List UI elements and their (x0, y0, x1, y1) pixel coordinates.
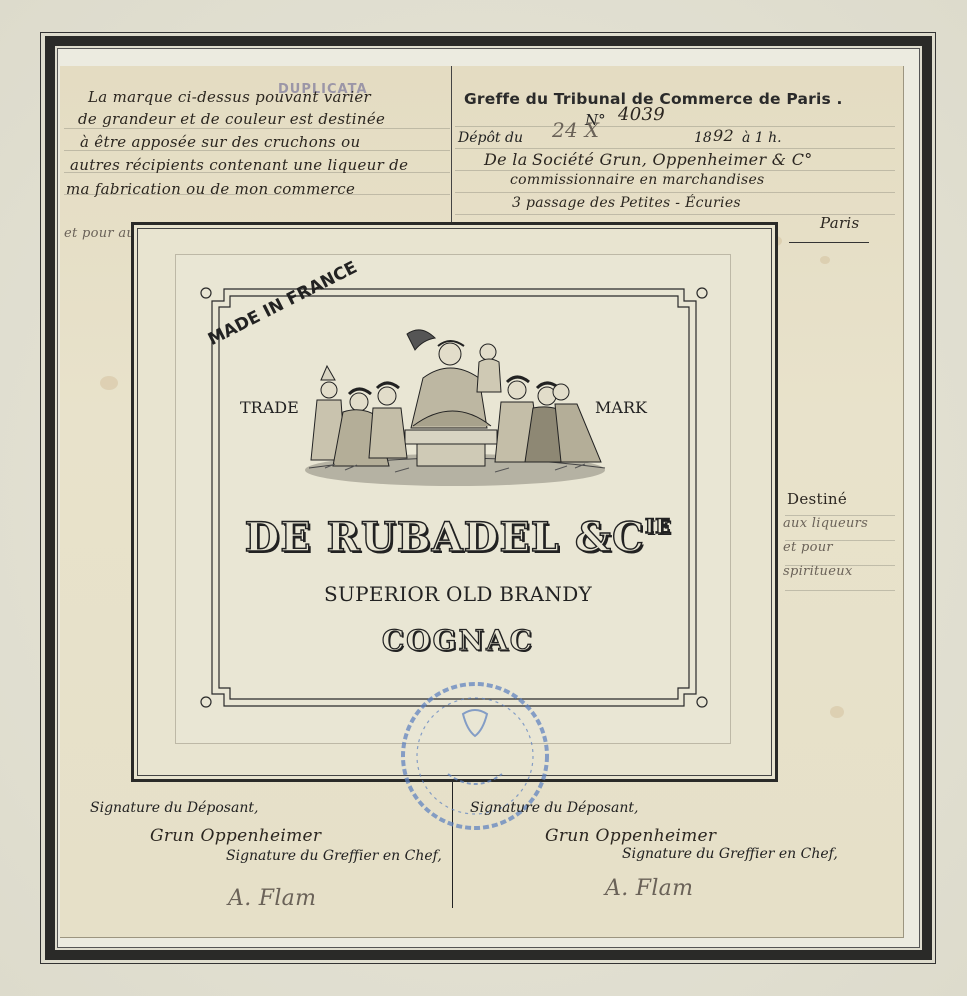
note-line-3: à être apposée sur des cruchons ou (80, 133, 360, 151)
right-note-line-2: et pour (783, 540, 833, 555)
column-divider (451, 66, 452, 226)
right-depositor-signature: Grun Oppenheimer (545, 826, 716, 846)
note-line-1: La marque ci-dessus pouvant varier (88, 88, 371, 106)
time-label: à 1 h. (742, 130, 782, 146)
year-suffix: 92 (713, 126, 734, 145)
right-clerk-signature: A. Flam (605, 876, 693, 901)
left-depositor-label: Signature du Déposant, (90, 800, 258, 816)
note-line-5: ma fabrication ou de mon commerce (66, 180, 355, 198)
left-clerk-label: Signature du Greffier en Chef, (226, 848, 442, 864)
depositor-occupation: commissionnaire en marchandises (510, 172, 765, 188)
note-line-4: autres récipients contenant une liqueur … (70, 156, 408, 174)
right-note-line-1: aux liqueurs (783, 516, 868, 531)
seated-figures-icon (295, 318, 615, 493)
city-underline (789, 242, 869, 243)
depositor-name: Société Grun, Oppenheimer & C° (532, 150, 813, 169)
ruled-line (455, 126, 895, 127)
right-note-line-3: spiritueux (783, 564, 853, 579)
registry-seal (388, 674, 563, 843)
company-suffix: IE (645, 514, 672, 538)
right-clerk-label: Signature du Greffier en Chef, (622, 846, 838, 862)
left-clerk-signature: A. Flam (228, 886, 316, 911)
ruled-line (455, 148, 895, 149)
engraving-illustration (295, 318, 615, 497)
deposit-date: 24 X (552, 118, 599, 142)
depositor-city: Paris (820, 214, 860, 232)
company-name: DE RUBADEL &CIE (238, 514, 678, 561)
foxing-spot (830, 706, 844, 718)
origin-text: COGNAC (238, 624, 678, 657)
product-name: SUPERIOR OLD BRANDY (238, 582, 678, 606)
year-prefix: 18 (694, 130, 712, 146)
foxing-spot (100, 376, 118, 390)
destine-label: Destiné (787, 490, 847, 508)
trade-text: TRADE (240, 398, 299, 417)
ruled-line (455, 170, 895, 171)
right-depositor-label: Signature du Déposant, (470, 800, 638, 816)
deposit-label: Dépôt du (458, 130, 523, 146)
depositor-prefix: De la (484, 150, 528, 169)
note-line-2: de grandeur et de couleur est destinée (78, 110, 385, 128)
note-line-text: La marque ci-dessus pouvant varier (88, 88, 371, 106)
left-depositor-signature: Grun Oppenheimer (150, 826, 321, 846)
depositor-address: 3 passage des Petites - Écuries (512, 195, 741, 211)
ruled-line (64, 128, 450, 129)
foxing-spot (820, 256, 830, 264)
company-name-text: DE RUBADEL &C (245, 514, 645, 561)
ruled-line (455, 192, 895, 193)
registration-number: 4039 (618, 104, 665, 125)
ruled-line (785, 590, 895, 591)
